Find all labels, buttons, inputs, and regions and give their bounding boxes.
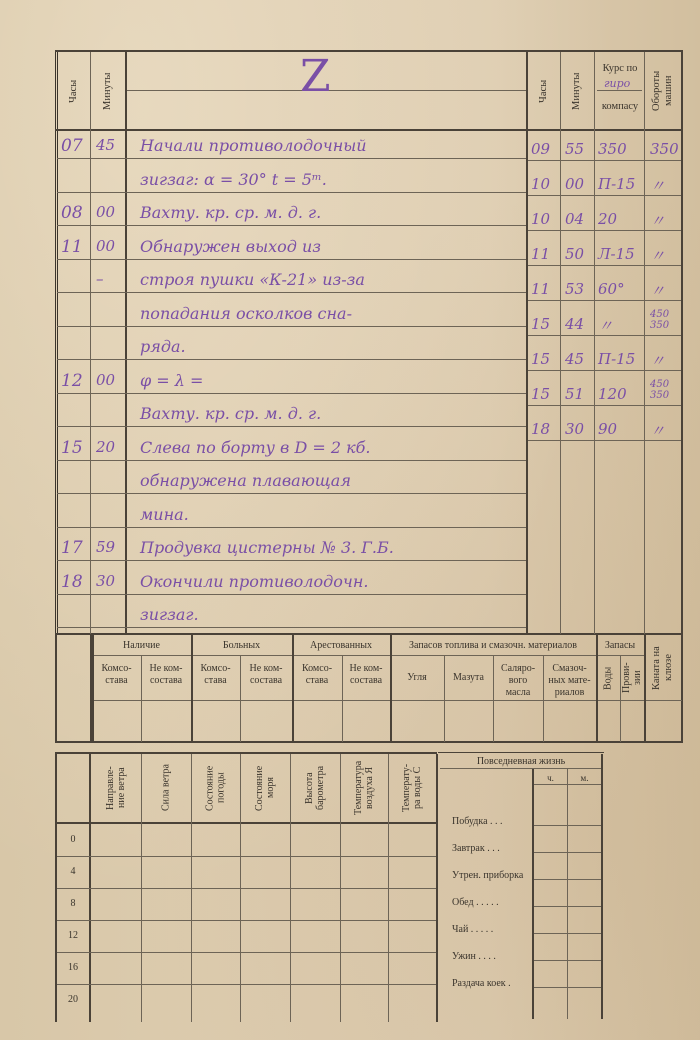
ledger-frame-left-inner (57, 50, 58, 635)
weather-header: Температу- ра воды С (388, 756, 436, 820)
row-rule (57, 192, 526, 193)
routine-item: Обед . . . . . (452, 897, 499, 908)
course-minute: 45 (565, 350, 584, 368)
row-rule (57, 225, 526, 226)
row-rule (57, 158, 526, 159)
routine-row-rule (534, 825, 601, 826)
weather-header: Сила ветра (141, 756, 191, 820)
routine-row-rule (534, 987, 601, 988)
row-minute: 59 (96, 538, 115, 556)
row-entry: попадания осколков сна- (140, 304, 352, 323)
group-header: Больных (191, 640, 292, 652)
sub-header: Комсо- става (191, 663, 240, 687)
course-value: Л-15 (598, 245, 635, 263)
row-minute: 00 (96, 237, 115, 255)
ledger-frame-bottom (55, 633, 682, 635)
frame (55, 633, 57, 743)
frame (601, 754, 603, 1019)
group-header: Запасы (596, 640, 644, 652)
course-minute: 53 (565, 280, 584, 298)
col-divider (125, 52, 127, 634)
watch-hour: 20 (57, 994, 89, 1006)
row-entry: Слева по борту в D = 2 кб. (140, 438, 371, 457)
row-rule (57, 493, 526, 494)
frame (681, 633, 683, 743)
course-hour: 10 (531, 175, 550, 193)
row-entry: Обнаружен выход из (140, 237, 321, 256)
row-rule (57, 527, 526, 528)
row-entry: зигзаг: α = 30° t = 5ᵐ. (140, 170, 327, 189)
row-entry: строя пушки «К-21» из-за (140, 270, 365, 289)
row-minute: 30 (96, 572, 115, 590)
row-hour: 07 (61, 136, 83, 156)
anchor-chain-header: Каната на клюзе (647, 638, 679, 698)
row-entry: Окончили противолодочн. (140, 572, 368, 591)
routine-row-rule (534, 933, 601, 934)
course-value: 90 (598, 420, 617, 438)
col-divider (560, 52, 561, 634)
row-entry: ряда. (140, 337, 186, 356)
weather-header: Температура воздуха Я (340, 756, 388, 820)
course-row-rule (528, 160, 681, 161)
weather-row-rule (57, 856, 436, 857)
frame (436, 754, 438, 1022)
engine-revs-value: 450 350 (650, 379, 669, 401)
engine-revs-value: 〃 (650, 245, 665, 266)
routine-item: Завтрак . . . (452, 843, 500, 854)
sub-header: Не ком- состава (141, 663, 191, 687)
engine-revs-value: 〃 (650, 350, 665, 371)
row-entry: зигзаг. (140, 605, 199, 624)
routine-item: Ужин . . . . (452, 951, 496, 962)
routine-item: Раздача коек . (452, 978, 511, 989)
ledger-frame-left (55, 50, 56, 635)
course-value: 350 (598, 140, 627, 158)
routine-row-rule (534, 960, 601, 961)
row-rule (57, 393, 526, 394)
col-hours-label: ч. (534, 772, 567, 784)
row-entry: обнаружена плавающая (140, 471, 351, 490)
group-header: Арестованных (292, 640, 390, 652)
header-bottom (57, 822, 437, 824)
watch-hour: 0 (57, 834, 89, 846)
header-course-handwritten: гиро (604, 77, 630, 90)
row-rule (57, 627, 526, 628)
engine-revs-value: 350 (650, 140, 679, 158)
course-value: 20 (598, 210, 617, 228)
title-line (440, 768, 602, 769)
row-rule (57, 594, 526, 595)
course-value: П-15 (598, 175, 635, 193)
weather-row-rule (57, 920, 436, 921)
engine-revs-value: 〃 (650, 280, 665, 301)
course-minute: 00 (565, 175, 584, 193)
course-hour: 15 (531, 385, 550, 403)
course-hour: 09 (531, 140, 550, 158)
course-minute: 04 (565, 210, 584, 228)
col-minutes-label: м. (568, 772, 601, 784)
routine-row-rule (534, 879, 601, 880)
course-value: 120 (598, 385, 627, 403)
course-row-rule (528, 405, 681, 406)
row-rule (57, 560, 526, 561)
header-course-bottom: компасу (596, 101, 644, 113)
col-divider (532, 769, 534, 1019)
row-rule (57, 460, 526, 461)
sub-header: Саляро- вого масла (493, 663, 543, 699)
group-header: Наличие (92, 640, 191, 652)
row-entry: Начали противолодочный (140, 136, 367, 155)
engine-revs-value: 〃 (650, 175, 665, 196)
row-minute: 00 (96, 371, 115, 389)
course-hour: 15 (531, 315, 550, 333)
col-divider (526, 52, 528, 634)
row-hour: 08 (61, 203, 83, 223)
row-rule (57, 426, 526, 427)
weather-row-rule (57, 888, 436, 889)
course-minute: 50 (565, 245, 584, 263)
engine-revs-value: 〃 (650, 420, 665, 441)
weather-header: Состояние погоды (191, 756, 240, 820)
course-hour: 18 (531, 420, 550, 438)
routine-item: Утрен. приборка (452, 870, 523, 881)
ledger-frame-right (681, 50, 683, 635)
hm-line (534, 784, 601, 785)
col-divider (90, 52, 91, 634)
row-entry: Вахту. кр. ср. м. д. г. (140, 203, 321, 222)
row-entry: Продувка цистерны № 3. Г.Б. (140, 538, 394, 557)
watch-hour: 4 (57, 866, 89, 878)
routine-item: Побудка . . . (452, 816, 503, 827)
sub-header: Комсо- става (92, 663, 141, 687)
sub-line (92, 700, 682, 701)
row-hour: 11 (61, 237, 83, 257)
sub-header: Прови- зии (620, 658, 644, 698)
col-divider (567, 769, 568, 1019)
daily-life-title: Повседневная жизнь (440, 756, 602, 768)
frame (55, 752, 57, 1022)
header-title-mark: Z (300, 54, 331, 100)
row-rule (57, 292, 526, 293)
row-rule (57, 326, 526, 327)
ledger-frame-top (55, 50, 682, 52)
watch-hour: 16 (57, 962, 89, 974)
course-hour: 10 (531, 210, 550, 228)
row-hour: 12 (61, 371, 83, 391)
course-minute: 55 (565, 140, 584, 158)
sub-header: Комсо- става (292, 663, 342, 687)
sub-header: Воды (596, 658, 620, 698)
course-value: П-15 (598, 350, 635, 368)
course-hour: 15 (531, 350, 550, 368)
col-divider (644, 52, 645, 634)
header-minutes: Минуты (94, 55, 122, 127)
course-hour: 11 (531, 245, 550, 263)
weather-row-rule (57, 952, 436, 953)
header-hours: Часы (60, 55, 88, 127)
col-divider (594, 52, 595, 634)
course-minute: 44 (565, 315, 584, 333)
group-header: Запасов топлива и смазочн. материалов (390, 640, 596, 652)
row-minute: 20 (96, 438, 115, 456)
sub-header: Смазоч- ных мате- риалов (543, 663, 596, 699)
watch-hour: 8 (57, 898, 89, 910)
frame (55, 741, 682, 743)
header-engine-revs: Обороты машин (648, 55, 678, 127)
course-value: 〃 (598, 315, 613, 336)
row-minute: – (96, 270, 104, 288)
row-hour: 17 (61, 538, 83, 558)
row-entry: φ = λ = (140, 371, 203, 390)
engine-revs-value: 〃 (650, 210, 665, 231)
frame (438, 752, 604, 753)
routine-row-rule (534, 906, 601, 907)
ledger-header-bottom (55, 129, 682, 131)
course-hour: 11 (531, 280, 550, 298)
weather-header: Высота барометра (290, 756, 340, 820)
frame (55, 752, 437, 754)
weather-header: Направле- ние ветра (91, 756, 141, 820)
header-right-minutes: Минуты (563, 55, 591, 127)
sub-header: Не ком- состава (240, 663, 292, 687)
course-minute: 51 (565, 385, 584, 403)
header-right-hours: Часы (530, 55, 558, 127)
sub-header: Мазута (444, 672, 493, 684)
routine-row-rule (534, 852, 601, 853)
weather-row-rule (57, 984, 436, 985)
row-hour: 18 (61, 572, 83, 592)
header-course-top: Курс по (596, 63, 644, 75)
row-entry: Вахту. кр. ср. м. д. г. (140, 404, 321, 423)
weather-header: Состояние моря (240, 756, 290, 820)
sub-header: Не ком- состава (342, 663, 390, 687)
row-entry: мина. (140, 505, 189, 524)
group-line (92, 655, 644, 656)
course-header-line (597, 90, 642, 91)
routine-item: Чай . . . . . (452, 924, 493, 935)
row-minute: 00 (96, 203, 115, 221)
row-hour: 15 (61, 438, 83, 458)
watch-hour: 12 (57, 930, 89, 942)
row-rule (57, 259, 526, 260)
course-minute: 30 (565, 420, 584, 438)
engine-revs-value: 450 350 (650, 309, 669, 331)
group-divider (644, 635, 646, 742)
sub-header: Угля (390, 672, 444, 684)
row-minute: 45 (96, 136, 115, 154)
row-rule (57, 359, 526, 360)
course-value: 60° (598, 280, 625, 298)
sub-divider (444, 656, 445, 742)
